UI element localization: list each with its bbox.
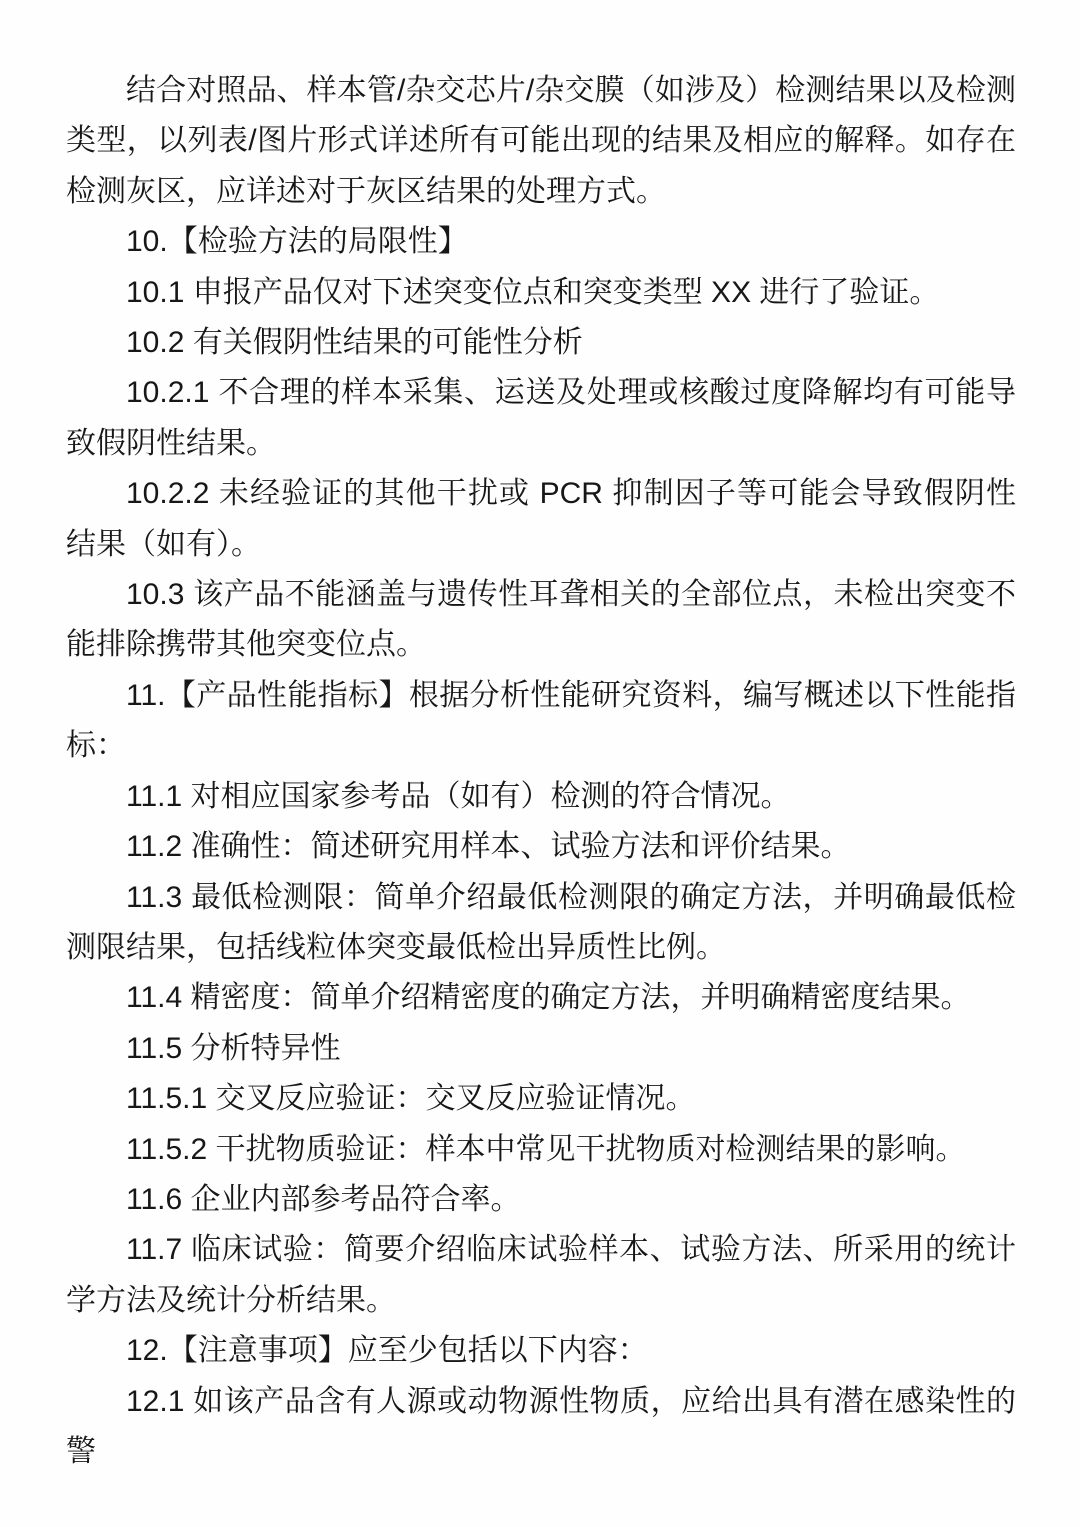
paragraph-11-3: 11.3 最低检测限：简单介绍最低检测限的确定方法，并明确最低检测限结果，包括线… <box>66 873 1016 974</box>
paragraph-11-1: 11.1 对相应国家参考品（如有）检测的符合情况。 <box>66 772 1016 822</box>
paragraph-10-2-1: 10.2.1 不合理的样本采集、运送及处理或核酸过度降解均有可能导致假阴性结果。 <box>66 368 1016 469</box>
paragraph-11-4: 11.4 精密度：简单介绍精密度的确定方法，并明确精密度结果。 <box>66 973 1016 1023</box>
paragraph-results-interpretation: 结合对照品、样本管/杂交芯片/杂交膜（如涉及）检测结果以及检测类型，以列表/图片… <box>66 66 1016 217</box>
paragraph-10-2-2: 10.2.2 未经验证的其他干扰或 PCR 抑制因子等可能会导致假阴性结果（如有… <box>66 469 1016 570</box>
paragraph-12-1: 12.1 如该产品含有人源或动物源性物质，应给出具有潜在感染性的警 <box>66 1377 1016 1478</box>
paragraph-11-5-2: 11.5.2 干扰物质验证：样本中常见干扰物质对检测结果的影响。 <box>66 1125 1016 1175</box>
paragraph-11-7: 11.7 临床试验：简要介绍临床试验样本、试验方法、所采用的统计学方法及统计分析… <box>66 1225 1016 1326</box>
paragraph-11-5-1: 11.5.1 交叉反应验证：交叉反应验证情况。 <box>66 1074 1016 1124</box>
paragraph-heading-12-precautions: 12.【注意事项】应至少包括以下内容： <box>66 1326 1016 1376</box>
paragraph-11-2: 11.2 准确性：简述研究用样本、试验方法和评价结果。 <box>66 822 1016 872</box>
document-page: 结合对照品、样本管/杂交芯片/杂交膜（如涉及）检测结果以及检测类型，以列表/图片… <box>0 0 1080 1527</box>
paragraph-10-3: 10.3 该产品不能涵盖与遗传性耳聋相关的全部位点，未检出突变不能排除携带其他突… <box>66 570 1016 671</box>
paragraph-11-5: 11.5 分析特异性 <box>66 1024 1016 1074</box>
paragraph-10-1: 10.1 申报产品仅对下述突变位点和突变类型 XX 进行了验证。 <box>66 268 1016 318</box>
paragraph-10-2: 10.2 有关假阴性结果的可能性分析 <box>66 318 1016 368</box>
paragraph-heading-11-performance: 11.【产品性能指标】根据分析性能研究资料，编写概述以下性能指标： <box>66 671 1016 772</box>
paragraph-heading-10-limitations: 10.【检验方法的局限性】 <box>66 217 1016 267</box>
paragraph-11-6: 11.6 企业内部参考品符合率。 <box>66 1175 1016 1225</box>
